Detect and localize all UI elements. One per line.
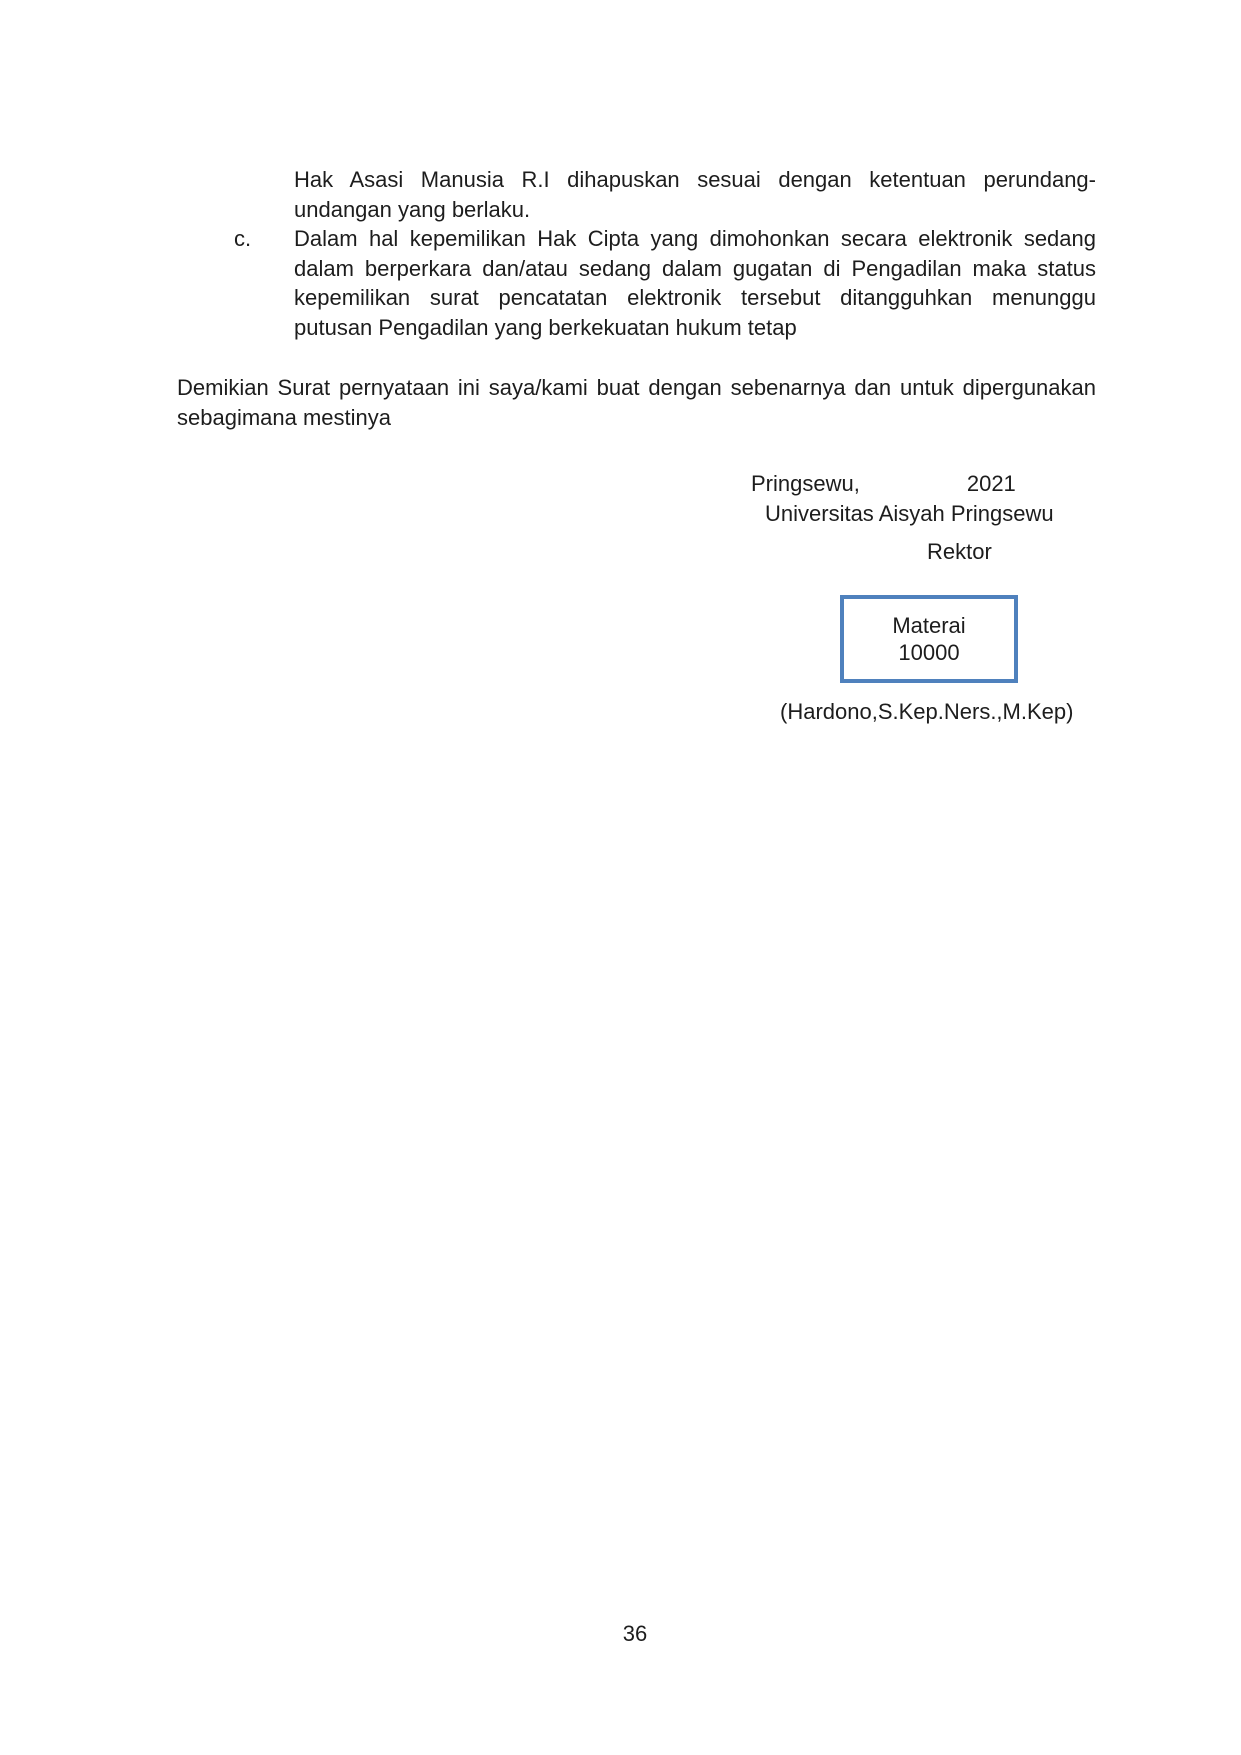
closing-paragraph: Demikian Surat pernyataan ini saya/kami …: [177, 373, 1096, 432]
page-number: 36: [585, 1620, 685, 1648]
materai-stamp-box: Materai 10000: [840, 595, 1018, 683]
materai-value: 10000: [898, 639, 959, 666]
list-item-text: Dalam hal kepemilikan Hak Cipta yang dim…: [294, 226, 1096, 340]
signature-place-date-line: Pringsewu,2021: [751, 470, 1016, 498]
signature-institution: Universitas Aisyah Pringsewu: [765, 500, 1054, 528]
body-text-block: Hak Asasi Manusia R.I dihapuskan sesuai …: [177, 165, 1096, 432]
signature-year: 2021: [967, 471, 1016, 496]
list-item-marker: c.: [234, 224, 251, 254]
signature-place: Pringsewu,: [751, 471, 860, 496]
document-page: Hak Asasi Manusia R.I dihapuskan sesuai …: [0, 0, 1241, 1755]
materai-label: Materai: [892, 612, 965, 639]
signature-title: Rektor: [927, 538, 992, 566]
list-item-continuation: Hak Asasi Manusia R.I dihapuskan sesuai …: [177, 165, 1096, 224]
signature-name: (Hardono,S.Kep.Ners.,M.Kep): [780, 698, 1073, 726]
list-item-text: Hak Asasi Manusia R.I dihapuskan sesuai …: [294, 167, 1096, 222]
list-item-c: c. Dalam hal kepemilikan Hak Cipta yang …: [177, 224, 1096, 342]
